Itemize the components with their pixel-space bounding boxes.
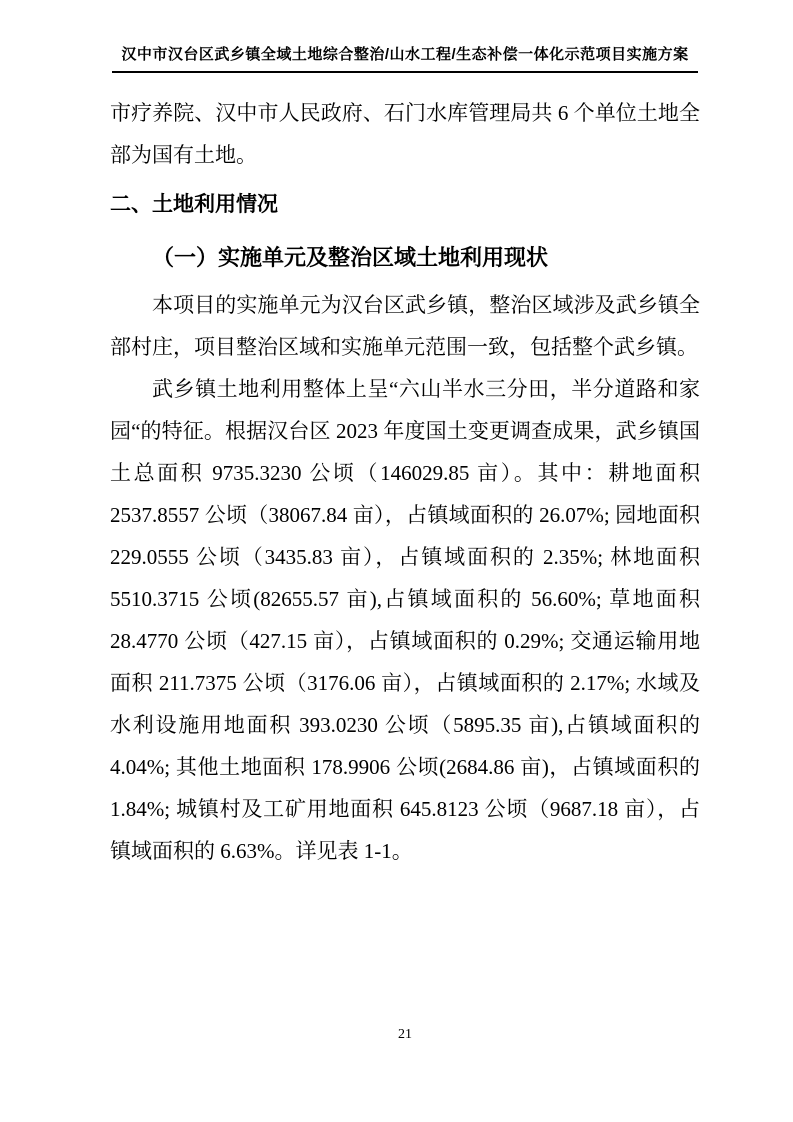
document-page: 汉中市汉台区武乡镇全域土地综合整治/山水工程/生态补偿一体化示范项目实施方案 市… <box>0 0 793 1122</box>
paragraph-land-use-statistics: 武乡镇土地利用整体上呈“六山半水三分田，半分道路和家园“的特征。根据汉台区 20… <box>110 368 700 872</box>
paragraph-state-owned-land: 市疗养院、汉中市人民政府、石门水库管理局共 6 个单位土地全部为国有土地。 <box>110 92 700 176</box>
document-body: 市疗养院、汉中市人民政府、石门水库管理局共 6 个单位土地全部为国有土地。 二、… <box>110 92 700 872</box>
header-title: 汉中市汉台区武乡镇全域土地综合整治/山水工程/生态补偿一体化示范项目实施方案 <box>121 46 688 63</box>
page-number: 21 <box>398 1027 412 1042</box>
page-header: 汉中市汉台区武乡镇全域土地综合整治/山水工程/生态补偿一体化示范项目实施方案 <box>112 44 698 73</box>
subheading-implementation-unit-land-use-status: （一）实施单元及整治区域土地利用现状 <box>110 237 700 279</box>
heading-land-use-situation: 二、土地利用情况 <box>110 184 700 226</box>
paragraph-implementation-unit: 本项目的实施单元为汉台区武乡镇，整治区域涉及武乡镇全部村庄，项目整治区域和实施单… <box>110 284 700 368</box>
page-footer: 21 <box>110 1026 700 1044</box>
